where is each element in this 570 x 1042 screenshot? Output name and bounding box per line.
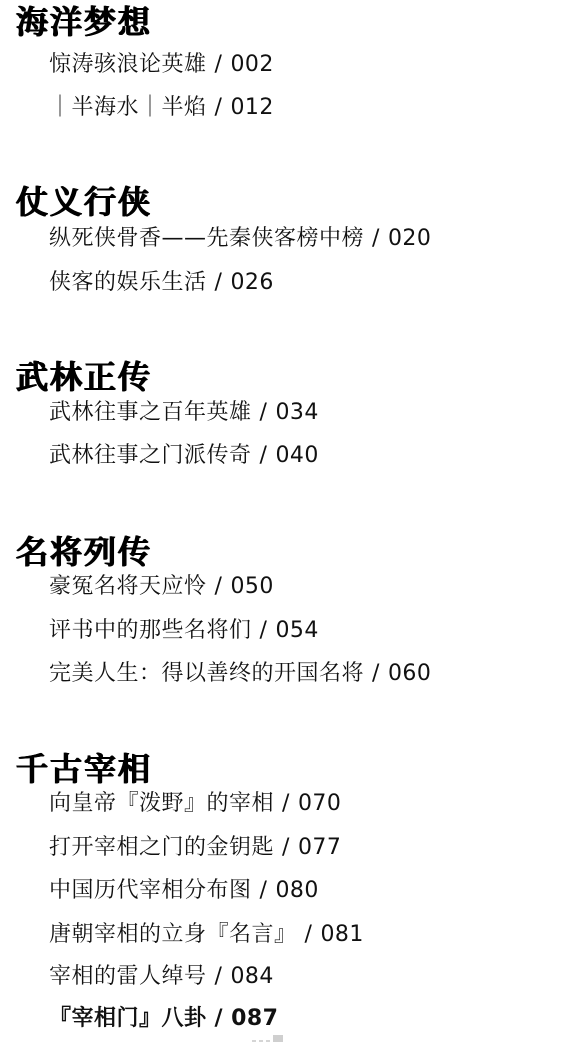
- entry-title: ｜半海水｜半焰: [49, 95, 207, 120]
- entry-page: 084: [230, 964, 274, 989]
- separator: /: [372, 661, 380, 686]
- toc-entry[interactable]: 唐朝宰相的立身『名言』/081: [49, 921, 364, 949]
- separator: /: [260, 878, 268, 903]
- separator: /: [372, 226, 380, 251]
- separator: /: [260, 400, 268, 425]
- entry-title: 向皇帝『泼野』的宰相: [49, 791, 274, 816]
- separator: /: [215, 52, 223, 77]
- section-title: 千古宰相: [16, 749, 152, 789]
- entry-title: 宰相的雷人绰号: [49, 964, 207, 989]
- entry-page: 050: [230, 574, 274, 599]
- entry-title: 惊涛骇浪论英雄: [49, 52, 207, 77]
- watermark-smudge: [252, 1028, 300, 1040]
- section-title: 仗义行侠: [16, 182, 152, 222]
- entry-page: 080: [275, 878, 319, 903]
- entry-title: 唐朝宰相的立身『名言』: [49, 922, 297, 947]
- toc-entry[interactable]: 纵死侠骨香——先秦侠客榜中榜/020: [49, 225, 431, 253]
- section-title: 武林正传: [16, 357, 152, 397]
- separator: /: [305, 922, 313, 947]
- separator: /: [215, 95, 223, 120]
- toc-entry[interactable]: 武林往事之门派传奇/040: [49, 442, 319, 470]
- separator: /: [282, 791, 290, 816]
- entry-title: 豪冤名将天应怜: [49, 574, 207, 599]
- entry-page: 077: [298, 835, 342, 860]
- entry-page: 040: [275, 443, 319, 468]
- section-title: 海洋梦想: [16, 2, 152, 42]
- separator: /: [282, 835, 290, 860]
- toc-entry[interactable]: 宰相的雷人绰号/084: [49, 963, 274, 991]
- section-title: 名将列传: [16, 532, 152, 572]
- entry-title: 『宰相门』八卦: [49, 1006, 207, 1031]
- separator: /: [260, 618, 268, 643]
- entry-page: 060: [388, 661, 432, 686]
- entry-page: 002: [230, 52, 274, 77]
- toc-entry[interactable]: 豪冤名将天应怜/050: [49, 573, 274, 601]
- toc-entry[interactable]: ｜半海水｜半焰/012: [49, 94, 274, 122]
- separator: /: [215, 964, 223, 989]
- entry-title: 评书中的那些名将们: [49, 618, 252, 643]
- entry-title: 打开宰相之门的金钥匙: [49, 835, 274, 860]
- entry-page: 034: [275, 400, 319, 425]
- entry-page: 020: [388, 226, 432, 251]
- toc-entry[interactable]: 完美人生：得以善终的开国名将/060: [49, 660, 431, 688]
- entry-title: 武林往事之百年英雄: [49, 400, 252, 425]
- toc-entry[interactable]: 惊涛骇浪论英雄/002: [49, 51, 274, 79]
- entry-page: 026: [230, 270, 274, 295]
- entry-title: 中国历代宰相分布图: [49, 878, 252, 903]
- separator: /: [215, 270, 223, 295]
- toc-entry[interactable]: 打开宰相之门的金钥匙/077: [49, 834, 341, 862]
- toc-entry[interactable]: 武林往事之百年英雄/034: [49, 399, 319, 427]
- toc-entry[interactable]: 中国历代宰相分布图/080: [49, 877, 319, 905]
- separator: /: [215, 1006, 224, 1031]
- entry-title: 武林往事之门派传奇: [49, 443, 252, 468]
- entry-page: 012: [230, 95, 274, 120]
- entry-title: 完美人生：得以善终的开国名将: [49, 661, 364, 686]
- entry-page: 070: [298, 791, 342, 816]
- toc-entry[interactable]: 侠客的娱乐生活/026: [49, 269, 274, 297]
- entry-title: 侠客的娱乐生活: [49, 270, 207, 295]
- entry-title: 纵死侠骨香——先秦侠客榜中榜: [49, 226, 364, 251]
- toc-entry[interactable]: 向皇帝『泼野』的宰相/070: [49, 790, 341, 818]
- separator: /: [215, 574, 223, 599]
- separator: /: [260, 443, 268, 468]
- entry-page: 081: [320, 922, 364, 947]
- toc-entry[interactable]: 评书中的那些名将们/054: [49, 617, 319, 645]
- toc-entry[interactable]: 『宰相门』八卦/087: [49, 1005, 279, 1033]
- entry-page: 054: [275, 618, 319, 643]
